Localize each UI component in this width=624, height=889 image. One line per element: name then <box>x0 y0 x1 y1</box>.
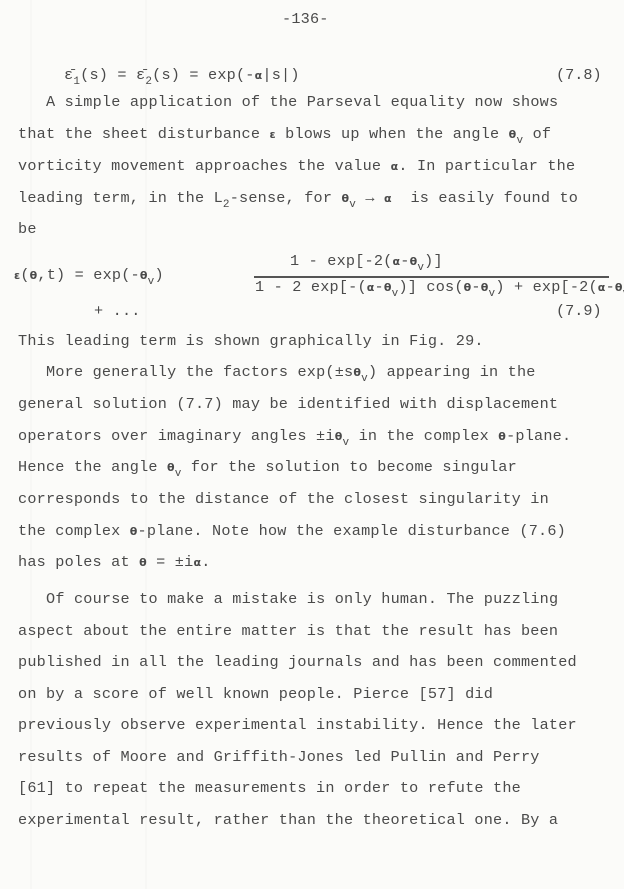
para3-line-2: general solution (7.7) may be identified… <box>18 395 558 413</box>
equation-7-9-continuation: + ... <box>94 302 141 320</box>
para3-line-7: has poles at θ = ±iα. <box>18 553 211 572</box>
para4-line-2: aspect about the entire matter is that t… <box>18 622 558 640</box>
para3-line-6: the complex θ-plane. Note how the exampl… <box>18 522 566 541</box>
para2: This leading term is shown graphically i… <box>18 332 484 350</box>
para1-line-5: be <box>18 220 37 238</box>
document-page: -136- ε̄1(s) = ε̄2(s) = exp(-α|s|) (7.8)… <box>0 0 624 889</box>
para1-line-2: that the sheet disturbance ε blows up wh… <box>18 125 551 144</box>
para4-line-8: experimental result, rather than the the… <box>18 811 558 829</box>
para4-line-3: published in all the leading journals an… <box>18 653 577 671</box>
page-number: -136- <box>282 10 329 28</box>
para4-line-1: Of course to make a mistake is only huma… <box>46 590 558 608</box>
para4-line-6: results of Moore and Griffith-Jones led … <box>18 748 540 766</box>
equation-label-7-9: (7.9) <box>556 302 602 320</box>
para3-line-1: More generally the factors exp(±sθv) app… <box>46 363 536 382</box>
equation-7-9-lhs: ε(θ,t) = exp(-θv) <box>14 266 164 285</box>
para3-line-5: corresponds to the distance of the close… <box>18 490 549 508</box>
para4-line-5: previously observe experimental instabil… <box>18 716 577 734</box>
equation-label-7-8: (7.8) <box>556 66 602 84</box>
equation-7-9-numerator: 1 - exp[-2(α-θv)] <box>290 252 443 271</box>
para1-line-3: vorticity movement approaches the value … <box>18 157 575 176</box>
para3-line-4: Hence the angle θv for the solution to b… <box>18 458 517 477</box>
para1-line-1: A simple application of the Parseval equ… <box>46 93 558 111</box>
equation-7-9-denominator: 1 - 2 exp[-(α-θv)] cos(θ-θv) + exp[-2(α-… <box>255 278 624 297</box>
equation-7-8: ε̄1(s) = ε̄2(s) = exp(-α|s|) <box>64 66 300 85</box>
para4-line-7: [61] to repeat the measurements in order… <box>18 779 521 797</box>
para3-line-3: operators over imaginary angles ±iθv in … <box>18 427 571 446</box>
para4-line-4: on by a score of well known people. Pier… <box>18 685 493 703</box>
para1-line-4: leading term, in the L2-sense, for θv → … <box>18 189 578 208</box>
